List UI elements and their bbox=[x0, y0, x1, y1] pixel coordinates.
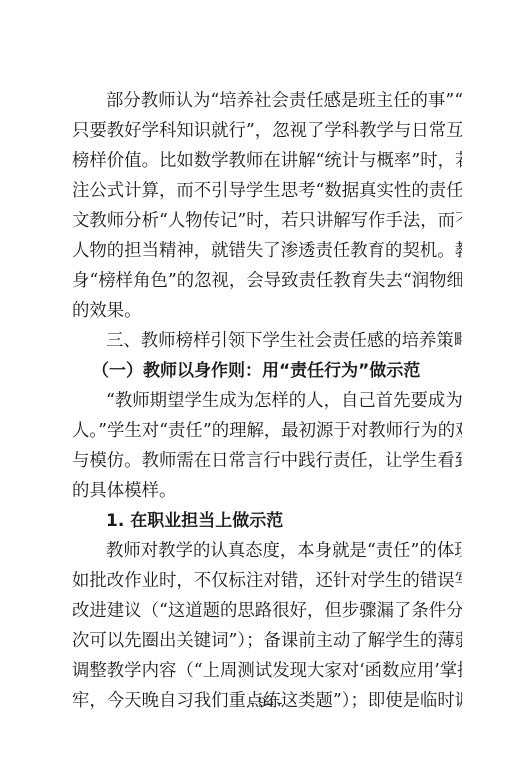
text-line: “教师期望学生成为怎样的人，自己首先要成为那样的 bbox=[72, 386, 462, 416]
text-line: 人物的担当精神，就错失了渗透责任教育的契机。教师对自 bbox=[72, 236, 462, 266]
text-line: 调整教学内容（“上周测试发现大家对‘函数应用’掌握不 bbox=[72, 656, 462, 686]
text-line: 与模仿。教师需在日常言行中践行责任，让学生看到“责任” bbox=[72, 446, 462, 476]
subsection-heading: （一）教师以身作则：用“责任行为”做示范 bbox=[72, 356, 462, 386]
text-line: 注公式计算，而不引导学生思考“数据真实性的责任”；语 bbox=[72, 176, 462, 206]
paragraph-teacher-example: “教师期望学生成为怎样的人，自己首先要成为那样的 人。”学生对“责任”的理解，最… bbox=[72, 386, 462, 506]
document-page: 部分教师认为“培养社会责任感是班主任的事”“自己 只要教好学科知识就行”，忽视了… bbox=[72, 86, 462, 716]
page-number: - 94 - bbox=[0, 695, 532, 712]
paragraph-professional-responsibility: 教师对教学的认真态度，本身就是“责任”的体现。比 如批改作业时，不仅标注对错，还… bbox=[72, 536, 462, 716]
text-line: 教师对教学的认真态度，本身就是“责任”的体现。比 bbox=[72, 536, 462, 566]
text-line: 的效果。 bbox=[72, 296, 462, 326]
text-line: 的具体模样。 bbox=[72, 476, 462, 506]
text-line: 文教师分析“人物传记”时，若只讲解写作手法，而不挖掘 bbox=[72, 206, 462, 236]
text-line: 身“榜样角色”的忽视，会导致责任教育失去“润物细无声” bbox=[72, 266, 462, 296]
section-heading: 三、教师榜样引领下学生社会责任感的培养策略 bbox=[72, 326, 462, 356]
text-line: 次可以先圈出关键词”）；备课前主动了解学生的薄弱点， bbox=[72, 626, 462, 656]
text-line: 改进建议（“这道题的思路很好，但步骤漏了条件分析，下 bbox=[72, 596, 462, 626]
text-line: 人。”学生对“责任”的理解，最初源于对教师行为的观察 bbox=[72, 416, 462, 446]
text-line: 如批改作业时，不仅标注对错，还针对学生的错误写下具体 bbox=[72, 566, 462, 596]
paragraph-role-model-neglect: 部分教师认为“培养社会责任感是班主任的事”“自己 只要教好学科知识就行”，忽视了… bbox=[72, 86, 462, 326]
numbered-heading: 1. 在职业担当上做示范 bbox=[72, 506, 462, 536]
text-line: 榜样价值。比如数学教师在讲解“统计与概率”时，若只关 bbox=[72, 146, 462, 176]
text-line: 只要教好学科知识就行”，忽视了学科教学与日常互动中的 bbox=[72, 116, 462, 146]
text-line: 部分教师认为“培养社会责任感是班主任的事”“自己 bbox=[72, 86, 462, 116]
